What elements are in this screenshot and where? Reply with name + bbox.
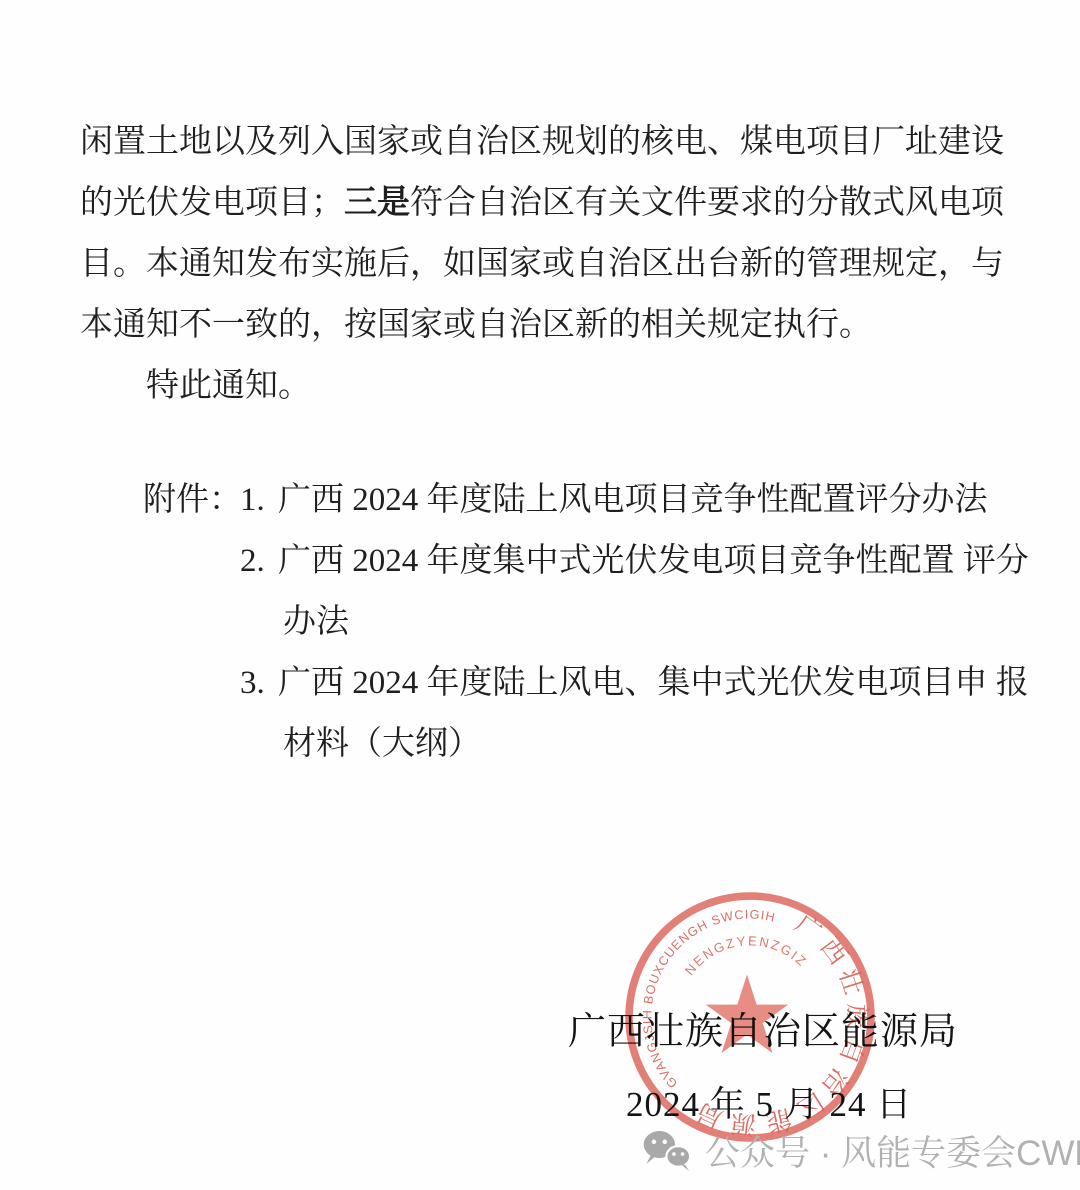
attachment-1-number: 1. — [240, 470, 278, 531]
attachment-1-title: 广西 2024 年度陆上风电项目竞争性配置评分办法 — [278, 482, 988, 518]
attachments-label: 附件： — [143, 470, 240, 775]
attachment-2-number: 2. — [240, 531, 278, 592]
body-line-1: 闲置土地以及列入国家或自治区规划的核电、煤电项目厂址建设 — [80, 112, 1010, 173]
scanned-notice-page: 闲置土地以及列入国家或自治区规划的核电、煤电项目厂址建设 的光伏发电项目；三是符… — [0, 0, 1080, 1190]
body-line-2: 的光伏发电项目；三是符合自治区有关文件要求的分散式风电项 — [80, 173, 1010, 234]
notice-body: 闲置土地以及列入国家或自治区规划的核电、煤电项目厂址建设 的光伏发电项目；三是符… — [80, 112, 1010, 417]
attachment-item-3: 3.广西 2024 年度陆上风电、集中式光伏发电项目申 报材料（大纲） — [240, 653, 1043, 775]
body-line-2-post: 符合自治区有关文件要求的分散式风电项 — [410, 185, 1004, 221]
issuing-authority: 广西壮族自治区能源局 — [568, 1000, 958, 1055]
attachment-3-title: 广西 2024 年度陆上风电、集中式光伏发电项目申 报材料（大纲） — [278, 665, 1029, 762]
attachment-3-number: 3. — [240, 653, 278, 714]
body-line-4: 本通知不一致的，按国家或自治区新的相关规定执行。 — [80, 295, 1010, 356]
attachments-items: 1.广西 2024 年度陆上风电项目竞争性配置评分办法 2.广西 2024 年度… — [240, 470, 1043, 775]
closing-line: 特此通知。 — [80, 356, 1010, 417]
svg-text:NENGZYENZGIZ: NENGZYENZGIZ — [682, 933, 810, 978]
issue-date: 2024 年 5 月 24 日 — [626, 1077, 912, 1127]
body-line-3: 目。本通知发布实施后，如国家或自治区出台新的管理规定，与 — [80, 234, 1010, 295]
wechat-icon — [641, 1129, 695, 1173]
attachment-item-2: 2.广西 2024 年度集中式光伏发电项目竞争性配置 评分办法 — [240, 531, 1043, 653]
body-line-2-pre: 的光伏发电项目； — [80, 185, 344, 221]
body-line-2-emphasis: 三是 — [344, 185, 410, 221]
seal-latin-inner-text: NENGZYENZGIZ — [682, 933, 810, 978]
attachments-block: 附件： 1.广西 2024 年度陆上风电项目竞争性配置评分办法 2.广西 202… — [143, 470, 1043, 775]
attachment-2-title: 广西 2024 年度集中式光伏发电项目竞争性配置 评分办法 — [278, 543, 1029, 640]
attachment-item-1: 1.广西 2024 年度陆上风电项目竞争性配置评分办法 — [240, 470, 1043, 531]
watermark-footer: 公众号 · 风能专委会CWEA — [641, 1126, 1080, 1176]
watermark-text: 公众号 · 风能专委会CWEA — [705, 1126, 1080, 1176]
